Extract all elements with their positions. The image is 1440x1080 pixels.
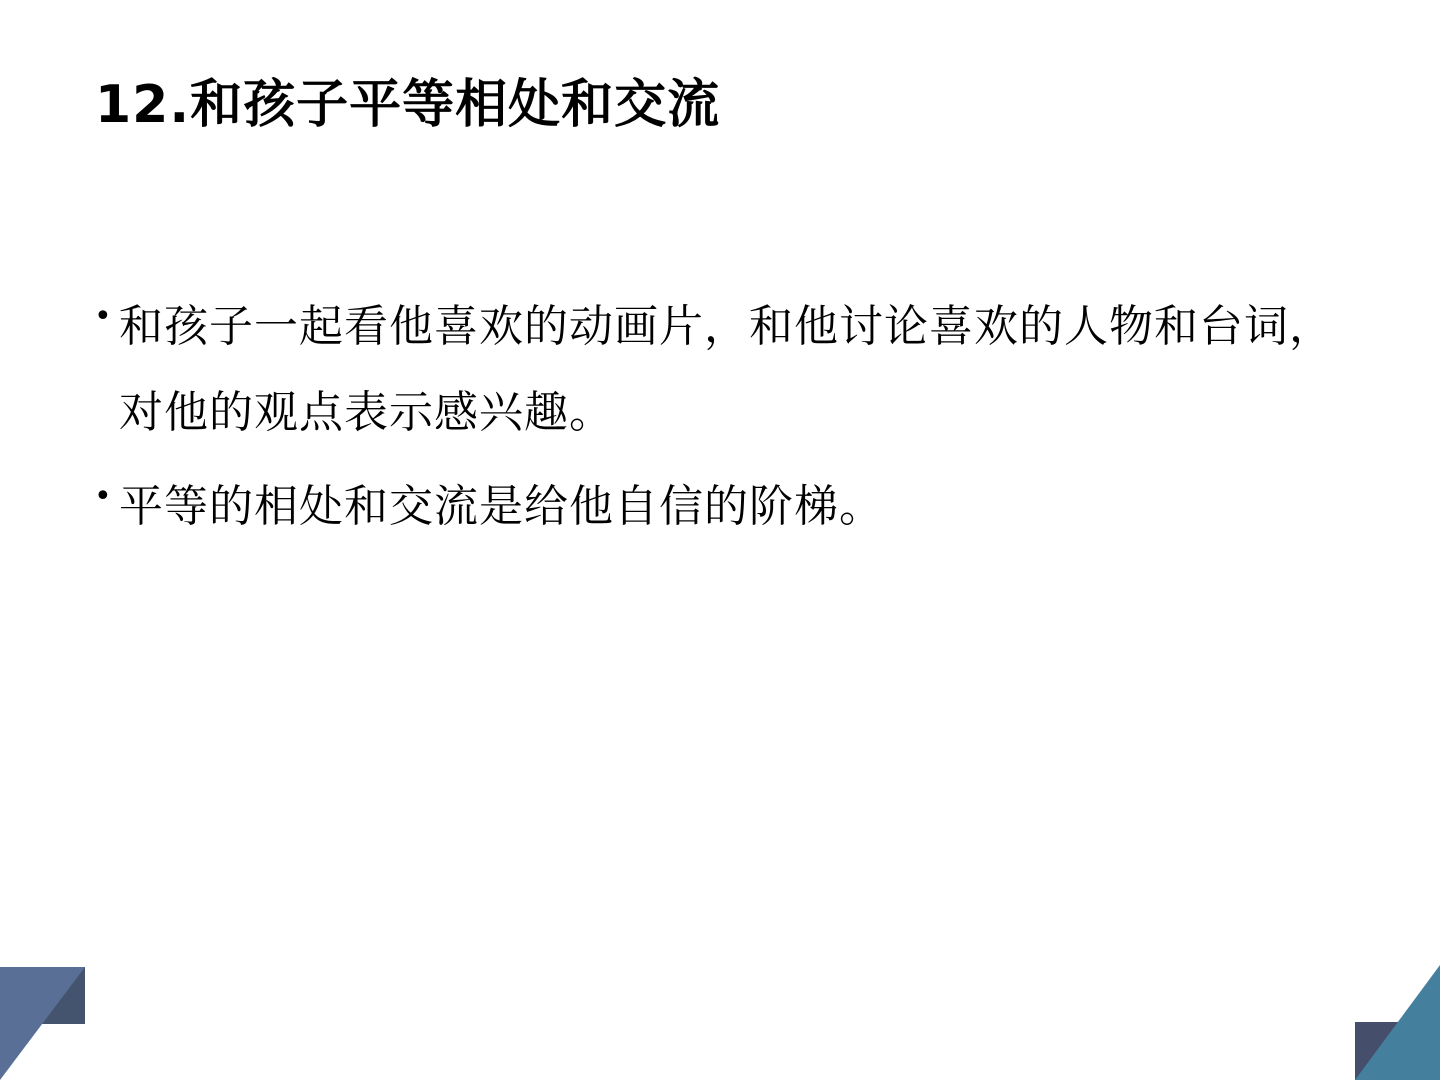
corner-decoration-bottom-right	[1350, 960, 1440, 1080]
bullet-item: • 和孩子一起看他喜欢的动画片，和他讨论喜欢的人物和台词，对他的观点表示感兴趣。	[92, 284, 1362, 456]
corner-decoration-bottom-left	[0, 960, 90, 1080]
triangle-decoration-icon	[0, 960, 90, 1080]
slide-title: 12.和孩子平等相处和交流	[95, 72, 720, 138]
slide: 12.和孩子平等相处和交流 • 和孩子一起看他喜欢的动画片，和他讨论喜欢的人物和…	[0, 0, 1440, 1080]
bullet-text: 平等的相处和交流是给他自信的阶梯。	[119, 464, 1362, 550]
bullet-item: • 平等的相处和交流是给他自信的阶梯。	[92, 464, 1362, 550]
bullet-marker: •	[94, 464, 112, 530]
bullet-list: • 和孩子一起看他喜欢的动画片，和他讨论喜欢的人物和台词，对他的观点表示感兴趣。…	[92, 284, 1362, 558]
bullet-text: 和孩子一起看他喜欢的动画片，和他讨论喜欢的人物和台词，对他的观点表示感兴趣。	[119, 284, 1362, 456]
triangle-decoration-icon	[1350, 960, 1440, 1080]
bullet-marker: •	[94, 284, 112, 350]
